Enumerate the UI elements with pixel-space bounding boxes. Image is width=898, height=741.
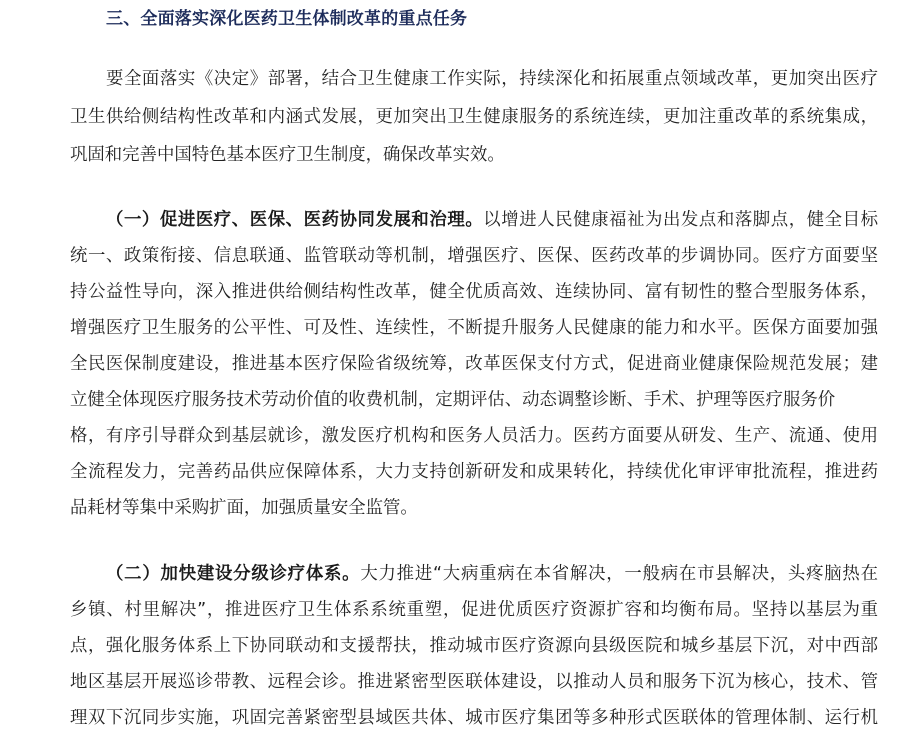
paragraph-line: 巩固和完善中国特色基本医疗卫生制度，确保改革实效。 [70,136,878,174]
item-lead-rest: 大力推进“大病重病在本省解决，一般病在市县解决，头疼脑热在 [360,564,878,584]
paragraph-intro: 要全面落实《决定》部署，结合卫生健康工作实际，持续深化和拓展重点领域改革，更加突… [70,60,878,174]
paragraph-line: 点，强化服务体系上下协同联动和支援帮扶，推动城市医疗资源向县级医院和城乡基层下沉… [70,628,878,664]
paragraph-line: 要全面落实《决定》部署，结合卫生健康工作实际，持续深化和拓展重点领域改革，更加突… [70,60,878,98]
paragraph-line: 格，有序引导群众到基层就诊，激发医疗机构和医务人员活力。医药方面要从研发、生产、… [70,418,878,454]
paragraph-line: 全民医保制度建设，推进基本医疗保险省级统筹，改革医保支付方式，促进商业健康保险规… [70,346,878,382]
paragraph-line: 持公益性导向，深入推进供给侧结构性改革，健全优质高效、连续协同、富有韧性的整合型… [70,274,878,310]
section-heading: 三、全面落实深化医药卫生体制改革的重点任务 [106,5,467,33]
paragraph-line: 品耗材等集中采购扩面，加强质量安全监管。 [70,490,878,526]
paragraph-line: 地区基层开展巡诊带教、远程会诊。推进紧密型医联体建设，以推动人员和服务下沉为核心… [70,664,878,700]
paragraph-item-1: （一）促进医疗、医保、医药协同发展和治理。以增进人民健康福祉为出发点和落脚点，健… [70,202,878,526]
item-lead-heading: （一）促进医疗、医保、医药协同发展和治理。 [106,210,483,230]
paragraph-item-2: （二）加快建设分级诊疗体系。大力推进“大病重病在本省解决，一般病在市县解决，头疼… [70,556,878,736]
paragraph-first-line: （一）促进医疗、医保、医药协同发展和治理。以增进人民健康福祉为出发点和落脚点，健… [70,202,878,238]
paragraph-line: 全流程发力，完善药品供应保障体系，大力支持创新研发和成果转化，持续优化审评审批流… [70,454,878,490]
item-lead-rest: 以增进人民健康福祉为出发点和落脚点，健全目标 [483,210,878,230]
paragraph-line: 统一、政策衔接、信息联通、监管联动等机制，增强医疗、医保、医药改革的步调协同。医… [70,238,878,274]
paragraph-first-line: （二）加快建设分级诊疗体系。大力推进“大病重病在本省解决，一般病在市县解决，头疼… [70,556,878,592]
paragraph-line: 理双下沉同步实施，巩固完善紧密型县域医共体、城市医疗集团等多种形式医联体的管理体… [70,700,878,736]
paragraph-line: 立健全体现医疗服务技术劳动价值的收费机制，定期评估、动态调整诊断、手术、护理等医… [70,382,878,418]
paragraph-line: 乡镇、村里解决”，推进医疗卫生体系系统重塑，促进优质医疗资源扩容和均衡布局。坚持… [70,592,878,628]
paragraph-line: 增强医疗卫生服务的公平性、可及性、连续性，不断提升服务人民健康的能力和水平。医保… [70,310,878,346]
item-lead-heading: （二）加快建设分级诊疗体系。 [106,564,360,584]
paragraph-line: 卫生供给侧结构性改革和内涵式发展，更加突出卫生健康服务的系统连续，更加注重改革的… [70,98,878,136]
